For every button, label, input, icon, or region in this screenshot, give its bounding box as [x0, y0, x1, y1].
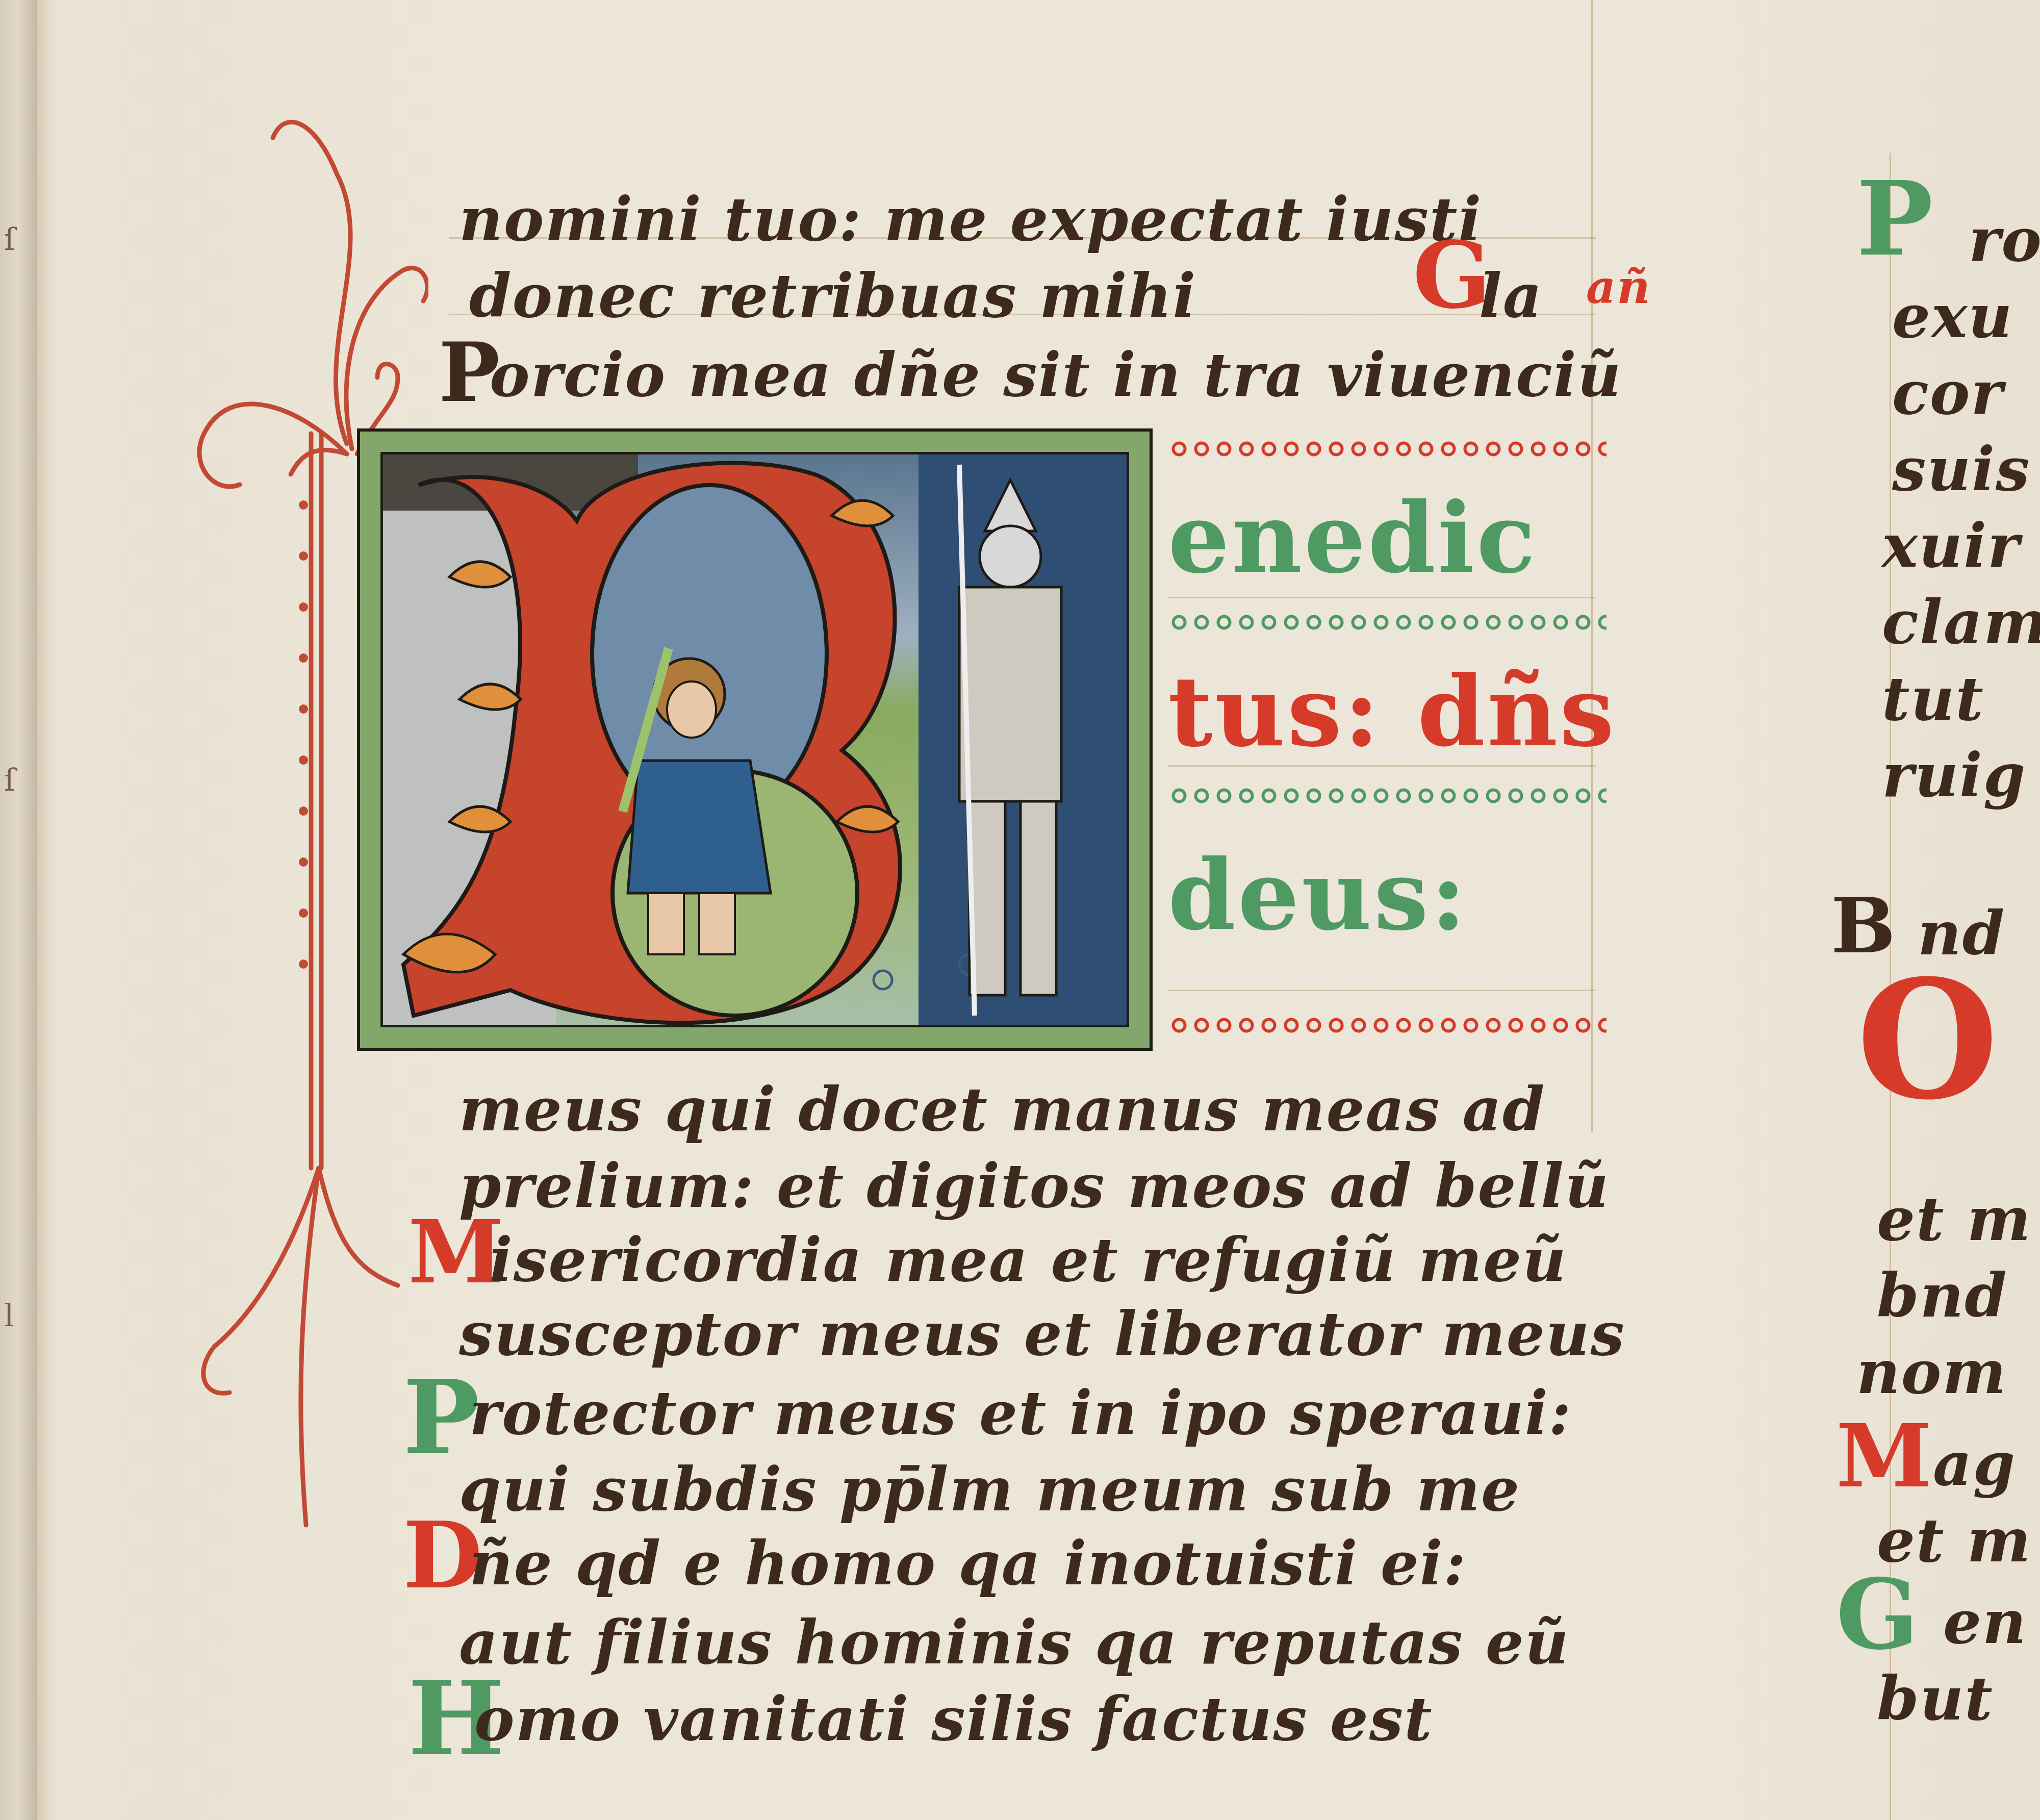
right-text-line: nom — [1856, 1336, 2007, 1407]
right-text-line: clam — [1882, 587, 2040, 658]
text-line: orcio mea dñe sit in tra viuenciũ — [490, 339, 1622, 410]
gutter-mark: ſ — [4, 224, 13, 255]
text-line: prelium: et digitos meos ad bellũ — [459, 1150, 1610, 1221]
rubric-heading-line: deus: — [1168, 847, 1468, 944]
right-text-line: en — [1943, 1586, 2027, 1657]
right-text-line: bnd — [1877, 1260, 2008, 1331]
text-line: susceptor meus et liberator meus — [459, 1298, 1625, 1369]
text-line: aut filius hominis qa reputas eũ — [459, 1607, 1570, 1678]
gutter-edge: ſ ſ l — [0, 0, 37, 1820]
column-ruling — [1591, 0, 1593, 1132]
gutter-mark: ſ — [4, 765, 13, 796]
chain-ornament — [1168, 612, 1606, 633]
right-text-line: xuir — [1882, 510, 2020, 581]
chain-ornament — [1168, 439, 1606, 459]
rubric-text: enedic — [1168, 481, 1538, 595]
text-line: ñe qd e homo qa inotuisti ei: — [469, 1528, 1467, 1599]
text-line: qui subdis pp̄lm meum sub me — [459, 1454, 1520, 1525]
text-line: meus qui docet manus meas ad — [459, 1074, 1545, 1145]
right-text-line: ag — [1933, 1428, 2016, 1499]
rubric-antiphon-abbrev: añ — [1586, 260, 1651, 314]
text-line: donec retribuas mihi — [469, 260, 1196, 331]
right-initial-p: P — [1856, 168, 1933, 270]
gutter-mark: l — [4, 1301, 13, 1331]
right-initial-m: M — [1836, 1413, 1932, 1500]
right-text-line: suis — [1892, 434, 2030, 504]
right-text-line: ruig — [1882, 740, 2026, 811]
chain-ornament — [1168, 1015, 1606, 1035]
right-initial-g: G — [1836, 1566, 1919, 1663]
historiated-initial — [357, 428, 1153, 1051]
right-initial-o: O — [1856, 959, 1999, 1122]
rubric-heading-line: enedic — [1168, 490, 1538, 587]
scene-illustration — [383, 454, 1129, 1027]
right-text-line: et m — [1877, 1183, 2032, 1254]
initial-scene — [380, 452, 1129, 1027]
text-line: omo vanitati silis factus est — [474, 1683, 1433, 1754]
right-text-line: exu — [1892, 281, 2013, 351]
text-line: isericordia mea et refugiũ meũ — [490, 1224, 1567, 1295]
chain-ornament — [1168, 786, 1606, 806]
rubric-heading-line: tus: dñs — [1168, 663, 1616, 760]
text-ruling — [1168, 990, 1596, 991]
right-text-line: ro — [1969, 204, 2040, 275]
right-text-line: tut — [1882, 663, 1984, 734]
text-line: la — [1479, 260, 1543, 331]
text-line: rotector meus et in ipo speraui: — [469, 1377, 1572, 1448]
text-line: nomini tuo: me expectat iusti — [459, 184, 1482, 255]
right-text-line: cor — [1892, 357, 2004, 428]
right-text-line: but — [1877, 1663, 1994, 1734]
text-ruling — [1168, 597, 1596, 598]
